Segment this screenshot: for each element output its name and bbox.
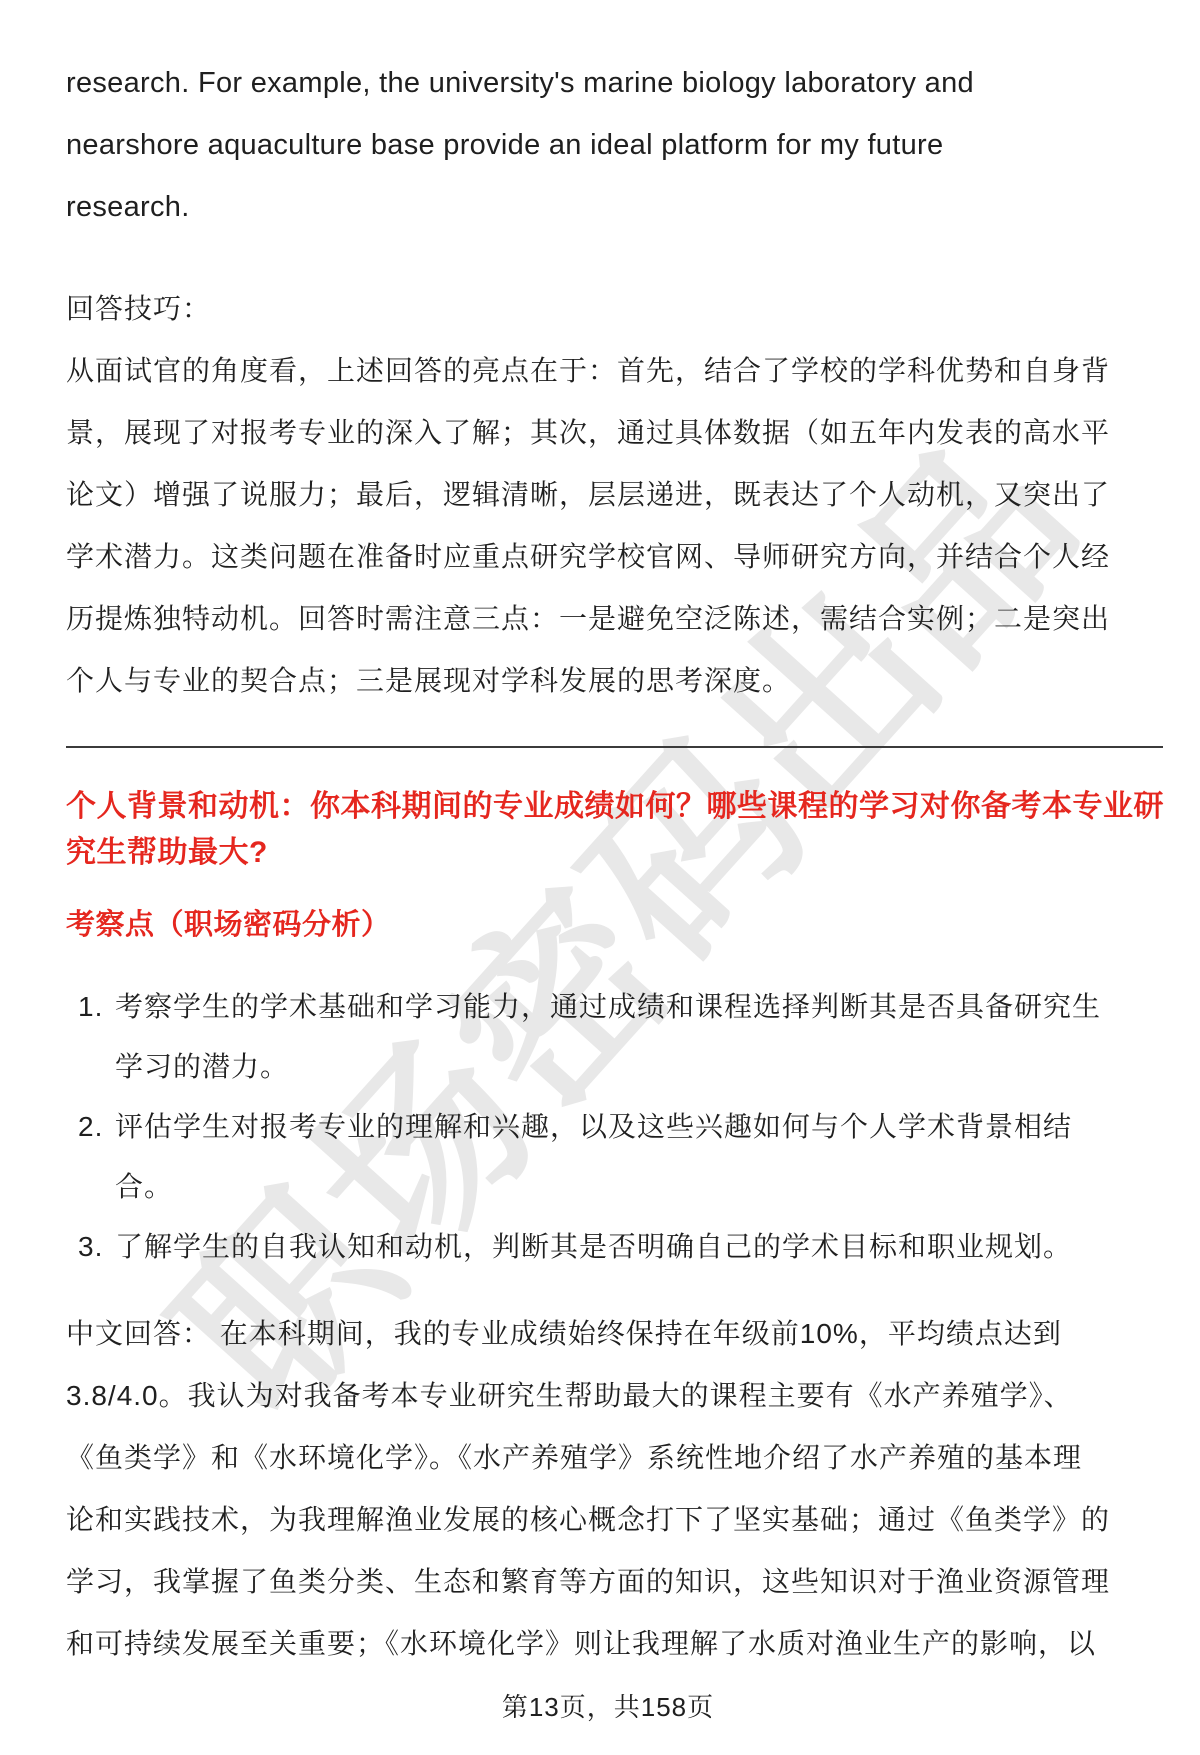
item-number: 3. bbox=[78, 1217, 115, 1277]
text-line: 论和实践技术，为我理解渔业发展的核心概念打下了坚实基础；通过《鱼类学》的 bbox=[66, 1489, 1150, 1551]
answer-tips-label: 回答技巧： bbox=[66, 278, 1150, 340]
text-line: 历提炼独特动机。回答时需注意三点：一是避免空泛陈述，需结合实例；二是突出 bbox=[66, 588, 1150, 650]
item-number: 2. bbox=[78, 1097, 115, 1157]
item-text: 考察学生的学术基础和学习能力，通过成绩和课程选择判断其是否具备研究生学习的潜力。 bbox=[115, 977, 1101, 1097]
item-text: 了解学生的自我认知和动机，判断其是否明确自己的学术目标和职业规划。 bbox=[115, 1217, 1072, 1277]
list-item: 1. 考察学生的学术基础和学习能力，通过成绩和课程选择判断其是否具备研究生学习的… bbox=[66, 977, 1150, 1097]
text-line: 学习，我掌握了鱼类分类、生态和繁育等方面的知识，这些知识对于渔业资源管理 bbox=[66, 1551, 1150, 1613]
text-line: 评估学生对报考专业的理解和兴趣，以及这些兴趣如何与个人学术背景相结 bbox=[115, 1097, 1072, 1157]
text-line: 中文回答： 在本科期间，我的专业成绩始终保持在年级前10%，平均绩点达到 bbox=[66, 1303, 1150, 1365]
list-item: 3. 了解学生的自我认知和动机，判断其是否明确自己的学术目标和职业规划。 bbox=[66, 1217, 1150, 1277]
text-line: 《鱼类学》和《水环境化学》。《水产养殖学》系统性地介绍了水产养殖的基本理 bbox=[66, 1427, 1150, 1489]
item-text: 评估学生对报考专业的理解和兴趣，以及这些兴趣如何与个人学术背景相结合。 bbox=[115, 1097, 1072, 1217]
document-page: 职场密码出品 research. For example, the univer… bbox=[0, 0, 1200, 1755]
text-line: research. For example, the university's … bbox=[66, 52, 1150, 114]
answer-tips-paragraph: 从面试官的角度看，上述回答的亮点在于：首先，结合了学校的学科优势和自身背景，展现… bbox=[66, 340, 1150, 712]
text-line: 了解学生的自我认知和动机，判断其是否明确自己的学术目标和职业规划。 bbox=[115, 1217, 1072, 1277]
text-line: 学术潜力。这类问题在准备时应重点研究学校官网、导师研究方向，并结合个人经 bbox=[66, 526, 1150, 588]
text-line: 和可持续发展至关重要；《水环境化学》则让我理解了水质对渔业生产的影响，以 bbox=[66, 1613, 1150, 1675]
inspection-points-list: 1. 考察学生的学术基础和学习能力，通过成绩和课程选择判断其是否具备研究生学习的… bbox=[66, 977, 1150, 1277]
item-number: 1. bbox=[78, 977, 115, 1037]
section-divider bbox=[66, 746, 1163, 748]
page-content: research. For example, the university's … bbox=[0, 0, 1200, 1727]
text-line: 考察学生的学术基础和学习能力，通过成绩和课程选择判断其是否具备研究生 bbox=[115, 977, 1101, 1037]
text-line: 论文）增强了说服力；最后，逻辑清晰，层层递进，既表达了个人动机，又突出了 bbox=[66, 464, 1150, 526]
text-line: 景，展现了对报考专业的深入了解；其次，通过具体数据（如五年内发表的高水平 bbox=[66, 402, 1150, 464]
text-line: 个人与专业的契合点；三是展现对学科发展的思考深度。 bbox=[66, 650, 1150, 712]
inspection-points-label: 考察点（职场密码分析） bbox=[66, 902, 1150, 948]
list-item: 2. 评估学生对报考专业的理解和兴趣，以及这些兴趣如何与个人学术背景相结合。 bbox=[66, 1097, 1150, 1217]
chinese-answer-paragraph: 中文回答： 在本科期间，我的专业成绩始终保持在年级前10%，平均绩点达到3.8/… bbox=[66, 1303, 1150, 1675]
question-heading: 个人背景和动机：你本科期间的专业成绩如何？哪些课程的学习对你备考本专业研究生帮助… bbox=[66, 784, 1150, 876]
english-paragraph: research. For example, the university's … bbox=[66, 52, 1150, 238]
text-line: nearshore aquaculture base provide an id… bbox=[66, 114, 1150, 176]
text-line: 从面试官的角度看，上述回答的亮点在于：首先，结合了学校的学科优势和自身背 bbox=[66, 340, 1150, 402]
text-line: research. bbox=[66, 176, 1150, 238]
text-line: 究生帮助最大? bbox=[66, 830, 1150, 876]
text-line: 个人背景和动机：你本科期间的专业成绩如何？哪些课程的学习对你备考本专业研 bbox=[66, 784, 1150, 830]
text-line: 3.8/4.0。我认为对我备考本专业研究生帮助最大的课程主要有《水产养殖学》、 bbox=[66, 1365, 1150, 1427]
text-line: 学习的潜力。 bbox=[115, 1037, 1101, 1097]
page-number-footer: 第13页，共158页 bbox=[66, 1687, 1150, 1727]
text-line: 合。 bbox=[115, 1157, 1072, 1217]
